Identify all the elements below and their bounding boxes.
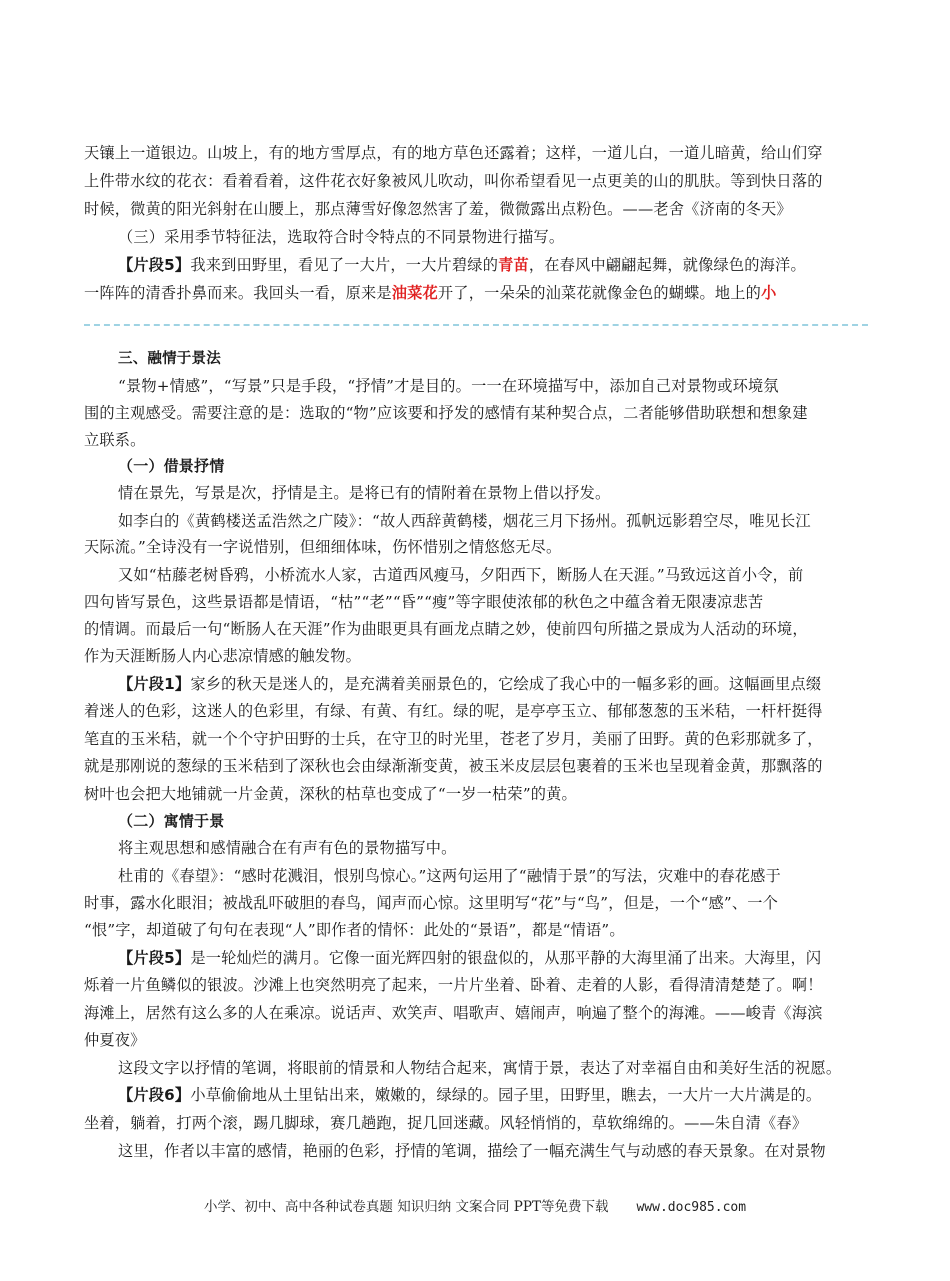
fragment-5b-line-1: 【片段5】是一轮灿烂的满月。它像一面光辉四射的银盘似的，从那平静的大海里涌了出来… bbox=[118, 948, 821, 968]
highlight-word: 油菜花 bbox=[392, 284, 438, 302]
text-line: 四句皆写景色，这些景语都是情语，“枯”“老”“昏”“瘦”等字眼使浓郁的秋色之中蕴… bbox=[84, 592, 763, 612]
footer-url[interactable]: www.doc985.com bbox=[636, 1200, 746, 1215]
text-line: 海滩上，居然有这么多的人在乘凉。说话声、欢笑声、唱歌声、嬉闹声，响遍了整个的海滩… bbox=[84, 1003, 823, 1023]
text-line: 树叶也会把大地铺就一片金黄，深秋的枯草也变成了“一岁一枯荣”的黄。 bbox=[84, 784, 577, 804]
section-divider bbox=[84, 324, 868, 326]
highlight-word: 小 bbox=[761, 284, 776, 302]
text-line: 情在景先，写景是次，抒情是主。是将已有的情附着在景物上借以抒发。 bbox=[118, 483, 610, 503]
fragment-1-line-1: 【片段1】家乡的秋天是迷人的，是充满着美丽景色的，它绘成了我心中的一幅多彩的画。… bbox=[118, 674, 821, 694]
text-line: 天镶上一道银边。山坡上，有的地方雪厚点，有的地方草色还露着；这样，一道儿白，一道… bbox=[84, 143, 823, 163]
text-line: 笔直的玉米秸，就一个个守护田野的士兵，在守卫的时光里，苍老了岁月，美丽了田野。黄… bbox=[84, 729, 823, 749]
fragment-label: 【片段5】 bbox=[118, 949, 190, 967]
text-line: 就是那刚说的葱绿的玉米秸到了深秋也会由绿渐渐变黄，被玉米皮层层包裹着的玉米也呈现… bbox=[84, 756, 823, 776]
fragment-label: 【片段6】 bbox=[118, 1086, 190, 1104]
text-line: 围的主观感受。需要注意的是：选取的“物”应该要和抒发的感情有某种契合点，二者能够… bbox=[84, 403, 808, 423]
subsection-heading: （二）寓情于景 bbox=[118, 811, 224, 831]
highlight-word: 青苗 bbox=[498, 256, 529, 274]
text-line: 立联系。 bbox=[84, 430, 146, 450]
fragment-label: 【片段5】 bbox=[118, 256, 190, 274]
text-line: 仲夏夜》 bbox=[84, 1030, 146, 1050]
text-line: “恨”字，却道破了句句在表现“人”即作者的情怀：此处的“景语”，都是“情语”。 bbox=[84, 920, 625, 940]
text-line: 的情调。而最后一句“断肠人在天涯”作为曲眼更具有画龙点睛之妙，使前四句所描之景成… bbox=[84, 619, 808, 639]
text-line: 烁着一片鱼鳞似的银波。沙滩上也突然明亮了起来，一片片坐着、卧着、走着的人影，看得… bbox=[84, 975, 823, 995]
text-line: 坐着，躺着，打两个滚，踢几脚球，赛几趟跑，捉几回迷藏。风轻悄悄的，草软绵绵的。—… bbox=[84, 1113, 807, 1133]
fragment-5a-line-2: 一阵阵的清香扑鼻而来。我回头一看，原来是油菜花开了，一朵朵的汕菜花就像金色的蝴蝶… bbox=[84, 283, 776, 303]
text-line: 又如“枯藤老树昏鸦，小桥流水人家，古道西风瘦马，夕阳西下，断肠人在天涯。”马致远… bbox=[118, 565, 803, 585]
fragment-6-line-1: 【片段6】小草偷偷地从土里钻出来，嫩嫩的，绿绿的。园子里，田野里，瞧去，一大片一… bbox=[118, 1085, 821, 1105]
text-line: 将主观思想和感情融合在有声有色的景物描写中。 bbox=[118, 838, 457, 858]
subsection-three-text: （三）采用季节特征法，选取符合时令特点的不同景物进行描写。 bbox=[118, 227, 564, 247]
text-line: 时事，露水化眼泪；被战乱吓破胆的春鸟，闻声而心惊。这里明写“花”与“鸟”，但是，… bbox=[84, 893, 778, 913]
text-line: 时候，微黄的阳光斜射在山腰上，那点薄雪好像忽然害了羞，微微露出点粉色。——老舍《… bbox=[84, 199, 792, 219]
footer-text: 小学、初中、高中各种试卷真题 知识归纳 文案合同 PPT等免费下载 bbox=[204, 1199, 609, 1215]
text-line: 这段文字以抒情的笔调，将眼前的情景和人物结合起来，寓情于景，表达了对幸福自由和美… bbox=[118, 1058, 841, 1078]
text-line: 着迷人的色彩，这迷人的色彩里，有绿、有黄、有红。绿的呢，是亭亭玉立、郁郁葱葱的玉… bbox=[84, 701, 823, 721]
text-line: 杜甫的《春望》：“感时花溅泪，恨别鸟惊心。”这两句运用了“融情于景”的写法，灾难… bbox=[118, 866, 781, 886]
fragment-5a-line-1: 【片段5】我来到田野里，看见了一大片，一大片碧绿的青苗，在春风中翩翩起舞，就像绿… bbox=[118, 255, 806, 275]
text-line: 天际流。”全诗没有一字说惜别，但细细体味，伤怀惜别之情悠悠无尽。 bbox=[84, 537, 561, 557]
text-line: 上件带水纹的花衣：看着看着，这件花衣好象被风儿吹动，叫你希望看见一点更美的山的肌… bbox=[84, 171, 823, 191]
text-line: “景物+情感”，“写景”只是手段，“抒情”才是目的。一一在环境描写中，添加自己对… bbox=[118, 376, 779, 396]
text-line: 如李白的《黄鹤楼送孟浩然之广陵》：“故人西辞黄鹤楼，烟花三月下扬州。孤帆远影碧空… bbox=[118, 511, 811, 531]
text-line: 作为天涯断肠人内心悲凉情感的触发物。 bbox=[84, 646, 361, 666]
page-footer: 小学、初中、高中各种试卷真题 知识归纳 文案合同 PPT等免费下载www.doc… bbox=[0, 1195, 950, 1215]
fragment-label: 【片段1】 bbox=[118, 675, 190, 693]
section-heading: 三、融情于景法 bbox=[118, 349, 221, 369]
text-line: 这里，作者以丰富的感情，艳丽的色彩，抒情的笔调，描绘了一幅充满生气与动感的春天景… bbox=[118, 1141, 826, 1161]
subsection-heading: （一）借景抒情 bbox=[118, 456, 224, 476]
